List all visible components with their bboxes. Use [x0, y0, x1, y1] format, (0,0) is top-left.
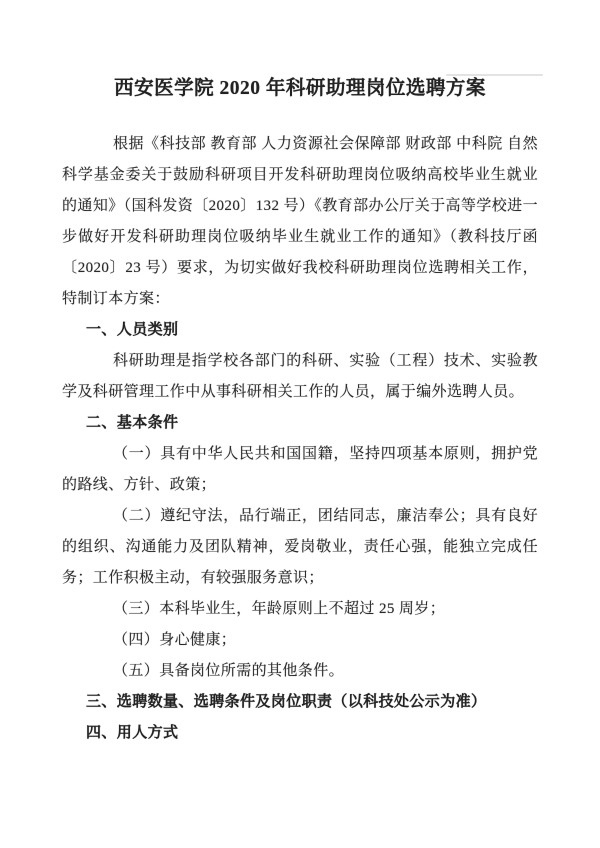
personnel-category-paragraph: 科研助理是指学校各部门的科研、实验（工程）技术、实验教学及科研管理工作中从事科研…	[62, 346, 538, 408]
section-heading-employment-method: 四、用人方式	[62, 718, 538, 749]
section-heading-personnel-category: 一、人员类别	[62, 315, 538, 346]
document-title: 西安医学院 2020 年科研助理岗位选聘方案	[62, 76, 538, 102]
basic-condition-item-4: （四）身心健康；	[62, 625, 538, 656]
basic-condition-item-2: （二）遵纪守法，品行端正，团结同志，廉洁奉公；具有良好的组织、沟通能力及团队精神…	[62, 501, 538, 594]
section-heading-basic-conditions: 二、基本条件	[62, 408, 538, 439]
scan-streak-artifact	[446, 74, 543, 76]
basic-condition-item-5: （五）具备岗位所需的其他条件。	[62, 656, 538, 687]
basic-condition-item-3: （三）本科毕业生，年龄原则上不超过 25 周岁；	[62, 594, 538, 625]
document-page: 西安医学院 2020 年科研助理岗位选聘方案 根据《科技部 教育部 人力资源社会…	[0, 0, 600, 848]
basic-condition-item-1: （一）具有中华人民共和国国籍，坚持四项基本原则，拥护党的路线、方针、政策；	[62, 439, 538, 501]
intro-paragraph: 根据《科技部 教育部 人力资源社会保障部 财政部 中科院 自然科学基金委关于鼓励…	[62, 129, 538, 315]
section-heading-recruitment-quota: 三、选聘数量、选聘条件及岗位职责（以科技处公示为准）	[62, 687, 538, 718]
